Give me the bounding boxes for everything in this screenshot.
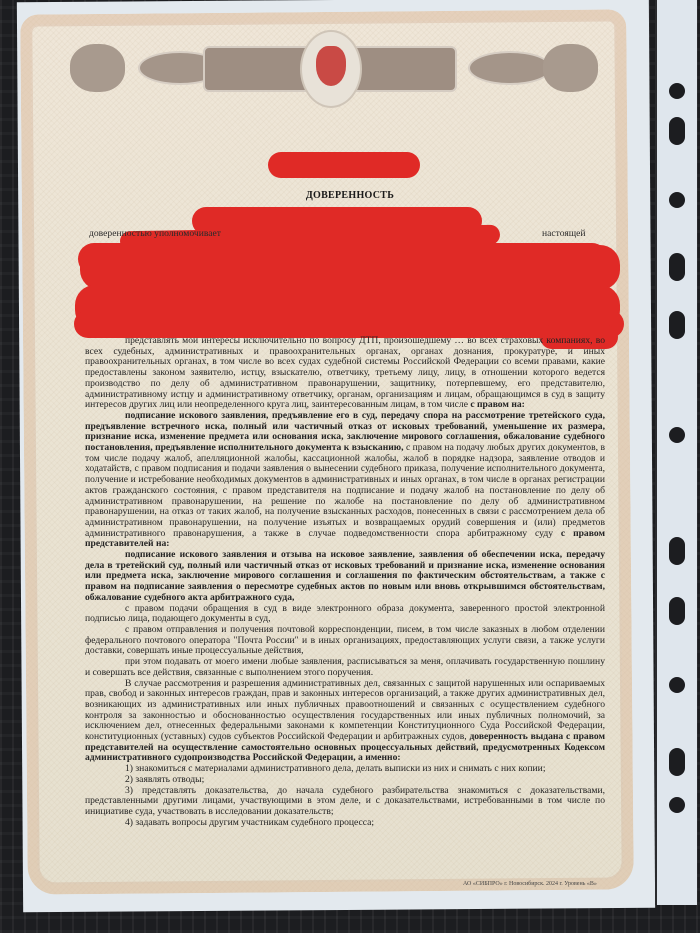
paragraph-bold-tail: с правом на: [470,399,525,410]
paragraph: подписание искового заявления и отзыва н… [85,550,605,604]
paragraph-text: с правом на подачу любых других документ… [85,442,605,539]
paragraph: при этом подавать от моего имени любые з… [85,657,605,678]
emblem-icon [300,30,362,108]
list-item: 4) задавать вопросы другим участникам су… [85,818,605,829]
binder-hole [669,748,685,776]
text-fragment-right: настоящей [542,228,586,239]
paragraph: подписание искового заявления, предъявле… [85,411,605,550]
paragraph: с правом подачи обращения в суд в виде э… [85,604,605,625]
ornament-rosette-icon [543,44,598,92]
document-body: представлять мои интересы исключительно … [85,336,605,828]
binder-hole [669,253,685,281]
binder-hole [669,597,685,625]
paragraph: В случае рассмотрения и разрешения админ… [85,679,605,765]
list-item: 2) заявлять отводы; [85,775,605,786]
binder-hole [669,311,685,339]
redaction-mark [268,152,420,178]
paragraph: представлять мои интересы исключительно … [85,336,605,411]
paragraph-text: представлять мои интересы исключительно … [85,335,605,410]
text-fragment-left: доверенностью уполномочивает [89,228,221,239]
ornament-rosette-icon [70,44,125,92]
binder-strip [655,0,697,905]
binder-hole [669,677,685,693]
list-item: 3) представлять доказательства, до начал… [85,786,605,818]
paragraph: с правом отправления и получения почтово… [85,625,605,657]
document-title: ДОВЕРЕННОСТЬ [0,190,700,201]
redaction-mark [80,245,620,290]
binder-hole [669,427,685,443]
printer-footer: АО «СИБПРО» г. Новосибирск. 2024 г. Уров… [463,881,597,887]
ornament-leaf-icon [468,51,552,85]
shield-icon [316,46,346,86]
binder-hole [669,83,685,99]
binder-hole [669,117,685,145]
binder-hole [669,537,685,565]
binder-hole [669,797,685,813]
